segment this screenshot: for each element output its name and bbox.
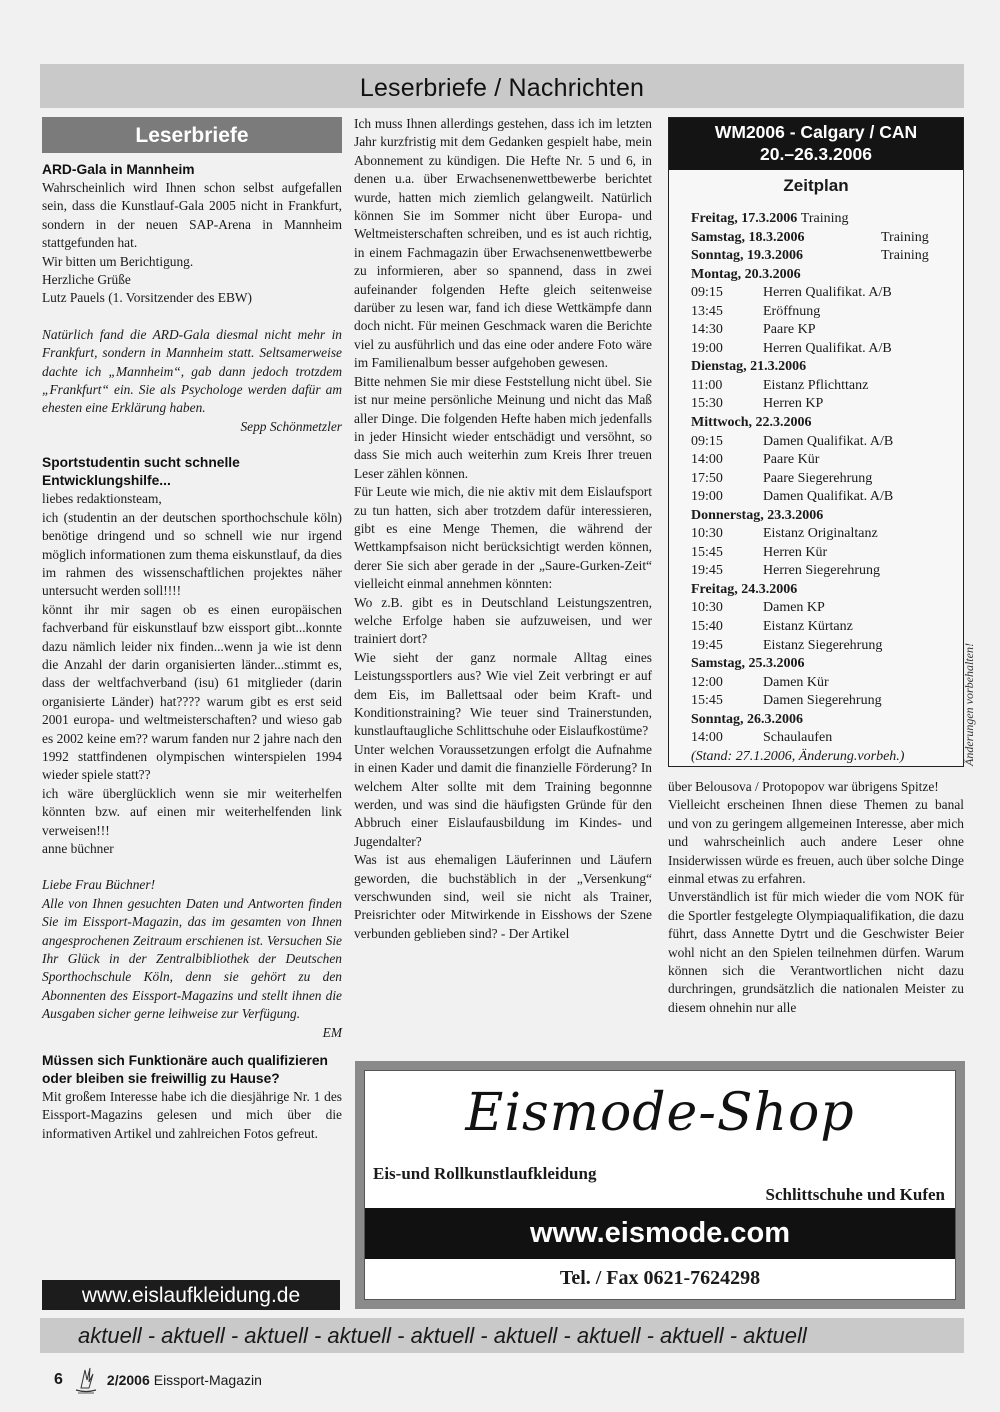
schedule-row: 19:45Herren Siegerehrung xyxy=(691,562,963,581)
day-label: Montag, 20.3.2006 xyxy=(691,266,963,285)
event-time: 19:00 xyxy=(691,488,763,507)
event-name: WM2006 - Calgary / CAN xyxy=(669,121,963,143)
schedule-row: 14:30Paare KP xyxy=(691,321,963,340)
letter-paragraph: Wie sieht der ganz normale Alltag eines … xyxy=(354,649,652,741)
schedule-row: 14:00Paare Kür xyxy=(691,451,963,470)
skater-logo-icon xyxy=(73,1366,99,1394)
letter-paragraph: ich wäre überglücklich wenn sie mir weit… xyxy=(42,785,342,840)
event-label: Herren Qualifikat. A/B xyxy=(763,340,892,359)
event-time: 10:30 xyxy=(691,599,763,618)
middle-column: Ich muss Ihnen allerdings gestehen, dass… xyxy=(354,115,652,943)
event-label: Eistanz Pflichttanz xyxy=(763,377,868,396)
event-time: 11:00 xyxy=(691,377,763,396)
day-event: Training xyxy=(881,247,929,266)
magazine-name: Eissport-Magazin xyxy=(154,1372,262,1388)
issue-number: 2/2006 xyxy=(107,1372,150,1388)
ad-tagline-left: Eis-und Rollkunstlaufkleidung xyxy=(373,1164,596,1184)
event-label: Herren Kür xyxy=(763,544,827,563)
right-column: über Belousova / Protopopov war übrigens… xyxy=(668,778,964,1017)
day-event: Training xyxy=(801,211,849,226)
letter-paragraph: Ich muss Ihnen allerdings gestehen, dass… xyxy=(354,115,652,373)
schedule-row: 15:30Herren KP xyxy=(691,395,963,414)
editor-reply: Natürlich fand die ARD-Gala diesmal nich… xyxy=(42,326,342,418)
letter-paragraph: Vielleicht erscheinen Ihnen diese Themen… xyxy=(668,796,964,888)
event-time: 14:00 xyxy=(691,451,763,470)
article-heading-sportstudentin: Sportstudentin sucht schnelle Entwicklun… xyxy=(42,454,342,490)
schedule-row: 10:30Damen KP xyxy=(691,599,963,618)
changes-reserved-note: Änderungen vorbehalten! xyxy=(962,620,978,790)
left-column: Leserbriefe ARD-Gala in Mannheim Wahrsch… xyxy=(42,117,342,1143)
eismode-shop-ad: Eismode-Shop Eis-und Rollkunstlaufkleidu… xyxy=(355,1061,965,1309)
event-label: Herren KP xyxy=(763,395,823,414)
event-label: Damen Kür xyxy=(763,674,829,693)
letter-paragraph: liebes redaktionsteam, xyxy=(42,490,342,508)
event-label: Eistanz Originaltanz xyxy=(763,525,878,544)
schedule-row: 15:45Herren Kür xyxy=(691,544,963,563)
reply-signature: Sepp Schönmetzler xyxy=(42,418,342,436)
schedule-row: 19:45Eistanz Siegerehrung xyxy=(691,637,963,656)
schedule-row: 10:30Eistanz Originaltanz xyxy=(691,525,963,544)
event-dates: 20.–26.3.2006 xyxy=(669,143,963,165)
day-label: Freitag, 24.3.2006 xyxy=(691,581,963,600)
reply-signature: EM xyxy=(42,1024,342,1042)
event-time: 19:45 xyxy=(691,637,763,656)
event-time: 19:00 xyxy=(691,340,763,359)
letter-paragraph: Herzliche Grüße xyxy=(42,271,342,289)
ad-phone: Tel. / Fax 0621-7624298 xyxy=(365,1267,955,1290)
schedule-row: 13:45Eröffnung xyxy=(691,303,963,322)
article-heading-funktionaere: Müssen sich Funktionäre auch qualifizier… xyxy=(42,1052,342,1088)
event-time: 14:00 xyxy=(691,729,763,748)
section-banner-leserbriefe: Leserbriefe xyxy=(42,117,342,153)
day-label: Donnerstag, 23.3.2006 xyxy=(691,507,963,526)
letter-paragraph: Unter welchen Voraussetzungen erfolgt di… xyxy=(354,741,652,851)
day-label: Sonntag, 26.3.2006 xyxy=(691,711,963,730)
page-footer: 6 2/2006 Eissport-Magazin xyxy=(54,1366,262,1394)
schedule-day: Freitag, 17.3.2006 Training xyxy=(691,210,963,229)
event-time: 10:30 xyxy=(691,525,763,544)
schedule-row: 12:00Damen Kür xyxy=(691,674,963,693)
event-label: Eistanz Kürtanz xyxy=(763,618,853,637)
letter-paragraph: Unverständlich ist für mich wieder die v… xyxy=(668,888,964,1017)
letter-paragraph: könnt ihr mir sagen ob es einen europäis… xyxy=(42,601,342,785)
event-time: 13:45 xyxy=(691,303,763,322)
eismode-link[interactable]: www.eismode.com xyxy=(365,1208,955,1259)
schedule-row: 17:50Paare Siegerehrung xyxy=(691,470,963,489)
page-title: Leserbriefe / Nachrichten xyxy=(40,64,964,108)
event-time: 14:30 xyxy=(691,321,763,340)
event-time: 12:00 xyxy=(691,674,763,693)
event-label: Paare Siegerehrung xyxy=(763,470,872,489)
schedule-title: Zeitplan xyxy=(669,176,963,196)
event-time: 15:45 xyxy=(691,544,763,563)
schedule-row: 15:45Damen Siegerehrung xyxy=(691,692,963,711)
schedule-box: WM2006 - Calgary / CAN 20.–26.3.2006 Zei… xyxy=(668,117,964,767)
schedule-day: Sonntag, 19.3.2006 Training xyxy=(691,247,963,266)
schedule-row: 09:15Herren Qualifikat. A/B xyxy=(691,284,963,303)
schedule-list: Freitag, 17.3.2006 Training Samstag, 18.… xyxy=(669,210,963,766)
day-label: Freitag, 17.3.2006 xyxy=(691,211,797,226)
schedule-row: 14:00Schaulaufen xyxy=(691,729,963,748)
letter-paragraph: über Belousova / Protopopov war übrigens… xyxy=(668,778,964,796)
schedule-note: (Stand: 27.1.2006, Änderung.vorbeh.) xyxy=(691,748,963,767)
schedule-row: 19:00Herren Qualifikat. A/B xyxy=(691,340,963,359)
letter-signature: anne büchner xyxy=(42,840,342,858)
event-label: Eröffnung xyxy=(763,303,820,322)
event-label: Damen Siegerehrung xyxy=(763,692,882,711)
event-label: Damen Qualifikat. A/B xyxy=(763,488,893,507)
day-label: Dienstag, 21.3.2006 xyxy=(691,358,963,377)
letter-paragraph: Mit großem Interesse habe ich die diesjä… xyxy=(42,1088,342,1143)
letter-paragraph: Für Leute wie mich, die nie aktiv mit de… xyxy=(354,483,652,593)
event-time: 19:45 xyxy=(691,562,763,581)
event-time: 15:45 xyxy=(691,692,763,711)
day-label: Samstag, 18.3.2006 xyxy=(691,230,805,245)
day-label: Mittwoch, 22.3.2006 xyxy=(691,414,963,433)
event-label: Herren Qualifikat. A/B xyxy=(763,284,892,303)
event-label: Schaulaufen xyxy=(763,729,832,748)
schedule-row: 11:00Eistanz Pflichttanz xyxy=(691,377,963,396)
shop-name: Eismode-Shop xyxy=(365,1083,955,1143)
schedule-header: WM2006 - Calgary / CAN 20.–26.3.2006 xyxy=(669,118,963,170)
event-time: 09:15 xyxy=(691,433,763,452)
letter-paragraph: Was ist aus ehemaligen Läuferinnen und L… xyxy=(354,851,652,943)
schedule-day: Samstag, 18.3.2006 Training xyxy=(691,229,963,248)
letter-paragraph: ich (studentin an der deutschen sporthoc… xyxy=(42,509,342,601)
event-time: 17:50 xyxy=(691,470,763,489)
letter-signature: Lutz Pauels (1. Vorsitzender des EBW) xyxy=(42,289,342,307)
event-label: Damen KP xyxy=(763,599,825,618)
editor-reply-greeting: Liebe Frau Büchner! xyxy=(42,876,342,894)
event-label: Paare Kür xyxy=(763,451,819,470)
day-event: Training xyxy=(881,229,929,248)
event-time: 09:15 xyxy=(691,284,763,303)
ad-tagline-right: Schlittschuhe und Kufen xyxy=(766,1185,946,1205)
event-label: Eistanz Siegerehrung xyxy=(763,637,882,656)
event-label: Paare KP xyxy=(763,321,816,340)
schedule-row: 09:15Damen Qualifikat. A/B xyxy=(691,433,963,452)
letter-paragraph: Wo z.B. gibt es in Deutschland Leistungs… xyxy=(354,594,652,649)
article-heading-ard-gala: ARD-Gala in Mannheim xyxy=(42,161,342,179)
event-time: 15:30 xyxy=(691,395,763,414)
aktuell-ticker: aktuell - aktuell - aktuell - aktuell - … xyxy=(40,1318,964,1353)
page-number: 6 xyxy=(54,1371,63,1389)
letter-paragraph: Bitte nehmen Sie mir diese Feststellung … xyxy=(354,373,652,483)
event-time: 15:40 xyxy=(691,618,763,637)
day-label: Samstag, 25.3.2006 xyxy=(691,655,963,674)
event-label: Damen Qualifikat. A/B xyxy=(763,433,893,452)
editor-reply: Alle von Ihnen gesuchten Daten und Antwo… xyxy=(42,895,342,1024)
eislaufkleidung-link[interactable]: www.eislaufkleidung.de xyxy=(42,1280,340,1310)
day-label: Sonntag, 19.3.2006 xyxy=(691,248,803,263)
letter-paragraph: Wahrscheinlich wird Ihnen schon selbst a… xyxy=(42,179,342,253)
letter-paragraph: Wir bitten um Berichtigung. xyxy=(42,253,342,271)
schedule-row: 19:00Damen Qualifikat. A/B xyxy=(691,488,963,507)
schedule-row: 15:40Eistanz Kürtanz xyxy=(691,618,963,637)
event-label: Herren Siegerehrung xyxy=(763,562,880,581)
